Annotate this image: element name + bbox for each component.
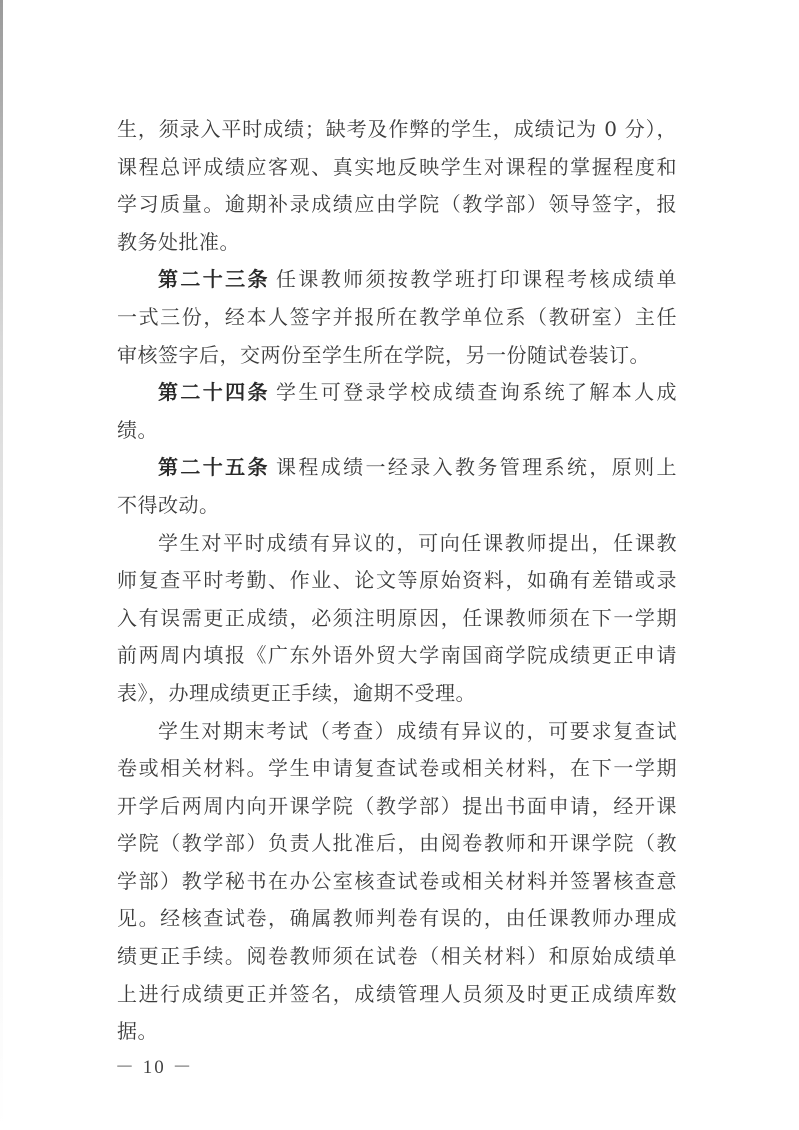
text-line: 学习质量。逾期补录成绩应由学院（教学部）领导签字，报 [117, 186, 677, 224]
paragraph-final-exam-dispute: 学生对期末考试（考查）成绩有异议的，可要求复查试 卷或相关材料。学生申请复查试卷… [117, 713, 677, 1051]
article-number: 第二十三条 [158, 267, 270, 291]
text-line: 学生对平时成绩有异议的，可向任课教师提出，任课教 [117, 525, 677, 563]
text-line: 开学后两周内向开课学院（教学部）提出书面申请，经开课 [117, 788, 677, 826]
text-line: 第二十五条课程成绩一经录入教务管理系统，原则上 [117, 449, 677, 487]
article-25: 第二十五条课程成绩一经录入教务管理系统，原则上 不得改动。 [117, 449, 677, 524]
text-line: 绩更正手续。阅卷教师须在试卷（相关材料）和原始成绩单 [117, 938, 677, 976]
paragraph-regular-grade-dispute: 学生对平时成绩有异议的，可向任课教师提出，任课教 师复查平时考勤、作业、论文等原… [117, 525, 677, 713]
scan-edge-shadow [0, 0, 3, 1130]
text-line: 据。 [117, 1013, 677, 1051]
article-text: 任课教师须按教学班打印课程考核成绩单 [276, 267, 677, 291]
text-line: 课程总评成绩应客观、真实地反映学生对课程的掌握程度和 [117, 149, 677, 187]
text-line: 见。经核查试卷，确属教师判卷有误的，由任课教师办理成 [117, 900, 677, 938]
text-line: 不得改动。 [117, 487, 677, 525]
text-line: 第二十三条任课教师须按教学班打印课程考核成绩单 [117, 261, 677, 299]
text-line: 师复查平时考勤、作业、论文等原始资料，如确有差错或录 [117, 562, 677, 600]
text-line: 生，须录入平时成绩；缺考及作弊的学生，成绩记为 0 分）， [117, 111, 677, 149]
article-number: 第二十五条 [158, 455, 270, 479]
text-line: 表》，办理成绩更正手续，逾期不受理。 [117, 675, 677, 713]
paragraph-continuation: 生，须录入平时成绩；缺考及作弊的学生，成绩记为 0 分）， 课程总评成绩应客观、… [117, 111, 677, 261]
text-line: 学部）教学秘书在办公室核查试卷或相关材料并签署核查意 [117, 863, 677, 901]
text-line: 教务处批准。 [117, 224, 677, 262]
text-line: 学生对期末考试（考查）成绩有异议的，可要求复查试 [117, 713, 677, 751]
text-line: 卷或相关材料。学生申请复查试卷或相关材料，在下一学期 [117, 750, 677, 788]
page-number: － 10 － [115, 1052, 194, 1079]
article-24: 第二十四条学生可登录学校成绩查询系统了解本人成 绩。 [117, 374, 677, 449]
article-number: 第二十四条 [158, 380, 270, 404]
text-line: 前两周内填报《广东外语外贸大学南国商学院成绩更正申请 [117, 637, 677, 675]
text-line: 入有误需更正成绩，必须注明原因，任课教师须在下一学期 [117, 600, 677, 638]
text-line: 一式三份，经本人签字并报所在教学单位系（教研室）主任 [117, 299, 677, 337]
article-text: 学生可登录学校成绩查询系统了解本人成 [276, 380, 677, 404]
text-line: 上进行成绩更正并签名，成绩管理人员须及时更正成绩库数 [117, 976, 677, 1014]
article-text: 课程成绩一经录入教务管理系统，原则上 [276, 455, 677, 479]
document-body: 生，须录入平时成绩；缺考及作弊的学生，成绩记为 0 分）， 课程总评成绩应客观、… [117, 111, 677, 1051]
article-23: 第二十三条任课教师须按教学班打印课程考核成绩单 一式三份，经本人签字并报所在教学… [117, 261, 677, 374]
text-line: 绩。 [117, 412, 677, 450]
text-line: 学院（教学部）负责人批准后，由阅卷教师和开课学院（教 [117, 825, 677, 863]
text-line: 审核签字后，交两份至学生所在学院，另一份随试卷装订。 [117, 337, 677, 375]
text-line: 第二十四条学生可登录学校成绩查询系统了解本人成 [117, 374, 677, 412]
